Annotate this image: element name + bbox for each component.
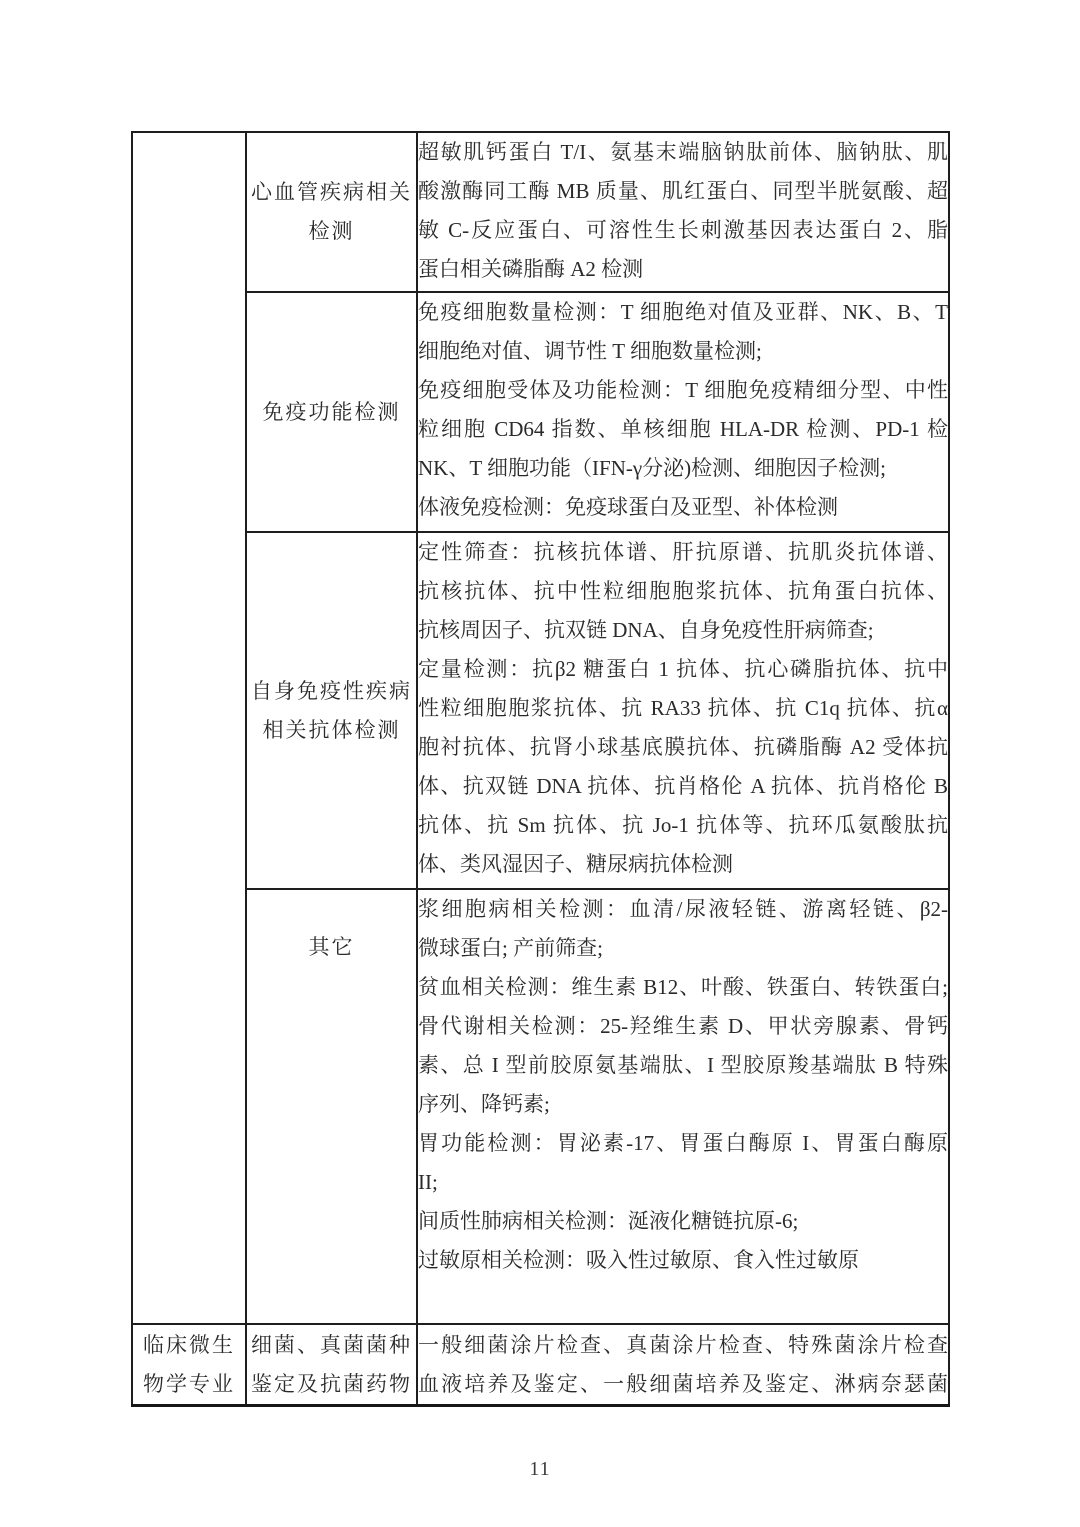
text-line: 体、抗双链 DNA 抗体、抗肖格伦 A 抗体、抗肖格伦 B [418, 767, 948, 806]
category-cell: 心血管疾病相关 检测 [246, 132, 417, 292]
text-line: 定性筛查：抗核抗体谱、肝抗原谱、抗肌炎抗体谱、 [418, 533, 948, 572]
text-line: 敏 C-反应蛋白、可溶性生长刺激基因表达蛋白 2、脂 [418, 211, 948, 250]
tests-cell: 免疫细胞数量检测：T 细胞绝对值及亚群、NK、B、T 细胞绝对值、调节性 T 细… [417, 292, 949, 532]
category-label: 其它 [247, 928, 416, 967]
tests-cell: 超敏肌钙蛋白 T/I、氨基末端脑钠肽前体、脑钠肽、肌 酸激酶同工酶 MB 质量、… [417, 132, 949, 292]
text-line: 一般细菌涂片检查、真菌涂片检查、特殊菌涂片检查 [418, 1326, 948, 1365]
text-line: 微球蛋白; 产前筛查; [418, 929, 948, 968]
text-line: 骨代谢相关检测：25-羟维生素 D、甲状旁腺素、骨钙 [418, 1007, 948, 1046]
text-line: 浆细胞病相关检测：血清/尿液轻链、游离轻链、β2- [418, 890, 948, 929]
category-cell: 自身免疫性疾病 相关抗体检测 [246, 532, 417, 889]
text-line: 胃功能检测：胃泌素-17、胃蛋白酶原 I、胃蛋白酶原 [418, 1124, 948, 1163]
document-page: 心血管疾病相关 检测 超敏肌钙蛋白 T/I、氨基末端脑钠肽前体、脑钠肽、肌 酸激… [0, 0, 1080, 1527]
text-line: 胞衬抗体、抗肾小球基底膜抗体、抗磷脂酶 A2 受体抗 [418, 728, 948, 767]
category-label: 鉴定及抗菌药物 [247, 1365, 416, 1404]
category-label: 相关抗体检测 [247, 711, 416, 750]
specialty-label: 物学专业 [133, 1365, 245, 1404]
text-line: 酸激酶同工酶 MB 质量、肌红蛋白、同型半胱氨酸、超 [418, 172, 948, 211]
table-row: 其它 浆细胞病相关检测：血清/尿液轻链、游离轻链、β2- 微球蛋白; 产前筛查;… [132, 889, 949, 1324]
text-line: 抗核抗体、抗中性粒细胞胞浆抗体、抗角蛋白抗体、 [418, 572, 948, 611]
text-line: 过敏原相关检测：吸入性过敏原、食入性过敏原 [418, 1241, 948, 1280]
category-label: 细菌、真菌菌种 [247, 1326, 416, 1365]
category-cell: 细菌、真菌菌种 鉴定及抗菌药物 [246, 1324, 417, 1406]
tests-cell: 定性筛查：抗核抗体谱、肝抗原谱、抗肌炎抗体谱、 抗核抗体、抗中性粒细胞胞浆抗体、… [417, 532, 949, 889]
table-row: 免疫功能检测 免疫细胞数量检测：T 细胞绝对值及亚群、NK、B、T 细胞绝对值、… [132, 292, 949, 532]
text-line: 粒细胞 CD64 指数、单核细胞 HLA-DR 检测、PD-1 检测、 [418, 410, 948, 449]
tests-cell: 浆细胞病相关检测：血清/尿液轻链、游离轻链、β2- 微球蛋白; 产前筛查; 贫血… [417, 889, 949, 1324]
tests-cell: 一般细菌涂片检查、真菌涂片检查、特殊菌涂片检查 血液培养及鉴定、一般细菌培养及鉴… [417, 1324, 949, 1406]
text-line: 贫血相关检测：维生素 B12、叶酸、铁蛋白、转铁蛋白; [418, 968, 948, 1007]
text-line: 蛋白相关磷脂酶 A2 检测 [418, 250, 948, 289]
specialty-cell-continued [132, 132, 246, 1324]
specialty-cell: 临床微生 物学专业 [132, 1324, 246, 1406]
text-line: 血液培养及鉴定、一般细菌培养及鉴定、淋病奈瑟菌 [418, 1365, 948, 1404]
table-row: 临床微生 物学专业 细菌、真菌菌种 鉴定及抗菌药物 一般细菌涂片检查、真菌涂片检… [132, 1324, 949, 1406]
text-line: NK、T 细胞功能（IFN-γ分泌)检测、细胞因子检测; [418, 449, 948, 488]
table-row: 自身免疫性疾病 相关抗体检测 定性筛查：抗核抗体谱、肝抗原谱、抗肌炎抗体谱、 抗… [132, 532, 949, 889]
text-line: 体液免疫检测：免疫球蛋白及亚型、补体检测 [418, 488, 948, 527]
text-line: 素、总 I 型前胶原氨基端肽、I 型胶原羧基端肽 B 特殊 [418, 1046, 948, 1085]
text-line: 超敏肌钙蛋白 T/I、氨基末端脑钠肽前体、脑钠肽、肌 [418, 133, 948, 172]
text-line: 免疫细胞数量检测：T 细胞绝对值及亚群、NK、B、T [418, 293, 948, 332]
category-label: 免疫功能检测 [247, 393, 416, 432]
specialty-label: 临床微生 [133, 1326, 245, 1365]
text-line: 抗体、抗 Sm 抗体、抗 Jo-1 抗体等、抗环瓜氨酸肽抗 [418, 806, 948, 845]
page-number: 11 [0, 1458, 1080, 1481]
text-line: 定量检测：抗β2 糖蛋白 1 抗体、抗心磷脂抗体、抗中 [418, 650, 948, 689]
category-label: 自身免疫性疾病 [247, 672, 416, 711]
category-cell: 免疫功能检测 [246, 292, 417, 532]
category-label: 心血管疾病相关 [247, 173, 416, 212]
text-line: 体、类风湿因子、糖尿病抗体检测 [418, 845, 948, 884]
text-line: 抗核周因子、抗双链 DNA、自身免疫性肝病筛查; [418, 611, 948, 650]
lab-tests-table: 心血管疾病相关 检测 超敏肌钙蛋白 T/I、氨基末端脑钠肽前体、脑钠肽、肌 酸激… [131, 131, 950, 1407]
text-line: 免疫细胞受体及功能检测：T 细胞免疫精细分型、中性 [418, 371, 948, 410]
table-row: 心血管疾病相关 检测 超敏肌钙蛋白 T/I、氨基末端脑钠肽前体、脑钠肽、肌 酸激… [132, 132, 949, 292]
category-cell: 其它 [246, 889, 417, 1324]
text-line: 细胞绝对值、调节性 T 细胞数量检测; [418, 332, 948, 371]
category-label: 检测 [247, 212, 416, 251]
text-line: 序列、降钙素; [418, 1085, 948, 1124]
text-line: 间质性肺病相关检测：涎液化糖链抗原-6; [418, 1202, 948, 1241]
text-line: II; [418, 1163, 948, 1202]
text-line: 性粒细胞胞浆抗体、抗 RA33 抗体、抗 C1q 抗体、抗α [418, 689, 948, 728]
